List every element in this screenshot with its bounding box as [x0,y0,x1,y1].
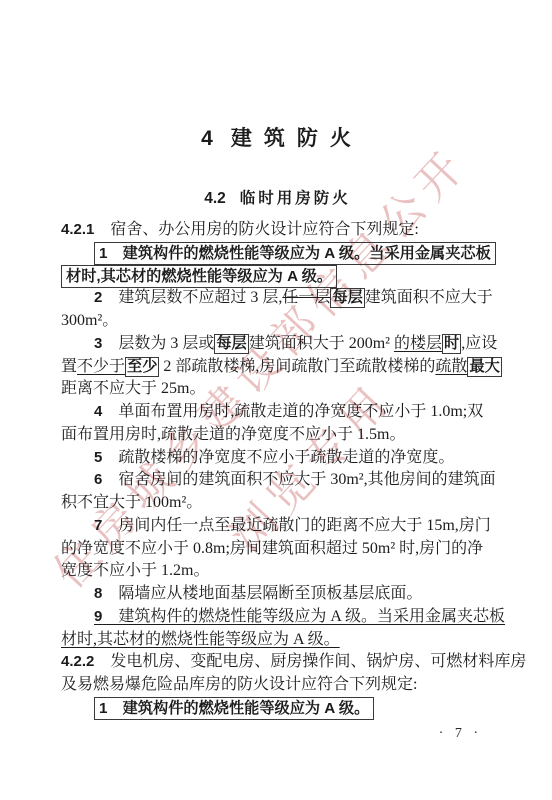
document-page: 住房城乡建设部信息公开 浏览专用 4建筑防火 4.2临时用房防火 4.2.1 宿… [0,0,552,800]
text-line: 面布置用房时,疏散走道的净宽度不应小于 1.5m。 [61,424,495,447]
text-segment: 面布置用房时,疏散走道的净宽度不应小于 1.5m。 [61,426,405,443]
text-segment: 材时,其芯材的燃烧性能等级应为 A 级。 [61,631,340,648]
text-segment: 建筑面积不应大于 [365,289,493,306]
text-segment: 建筑面积大于 200m² [249,335,394,352]
text-segment: 的净宽度不应小于 0.8m;房间建筑面积超过 50m² 时,房门的净 [61,540,483,557]
text-segment: 4.2.2 [61,653,94,670]
text-line: 8 隔墙应从楼地面基层隔断至顶板基层底面。 [61,583,495,606]
text-line: 5 疏散楼梯的净宽度不应小于疏散走道的净宽度。 [61,447,495,470]
text-segment: 宿舍房间的建筑面积不应大于 30m²,其他房间的建筑面 [102,471,495,488]
text-segment: 建筑层数不应超过 3 层, [102,289,282,306]
section-heading: 4.2临时用房防火 [0,186,552,208]
text-segment: 建筑构件的燃烧性能等级应为 A 级。当采用金属夹芯板 [102,608,505,625]
text-segment: 宽度不应小于 1.2m。 [61,562,209,579]
chapter-number: 4 [201,127,213,150]
text-segment: 及易燃易爆危险品库房的防火设计应符合下列规定: [61,676,417,693]
text-line: 置不少于至少 2 部疏散楼梯,房间疏散门至疏散楼梯的疏散最大 [61,356,495,379]
text-segment: 单面布置用房时,疏散走道的净宽度不应小于 1.0m;双 [102,403,483,420]
text-segment: 2 部疏散楼梯,房间疏散门至疏散楼梯的 [159,358,435,375]
inserted-text-box: 1 建筑构件的燃烧性能等级应为 A 级。当采用金属夹芯板 [94,242,496,265]
text-line: 距离不应大于 25m。 [61,378,495,401]
text-segment: 距离不应大于 25m。 [61,380,205,397]
document-body: 4.2.1 宿舍、办公用房的防火设计应符合下列规定:1 建筑构件的燃烧性能等级应… [61,219,495,720]
inserted-text-box: 最大 [467,357,501,377]
text-line: 1 建筑构件的燃烧性能等级应为 A 级。当采用金属夹芯板 [61,242,495,265]
page-number: · 7 · [439,726,482,742]
text-line: 4.2.1 宿舍、办公用房的防火设计应符合下列规定: [61,219,495,242]
text-line: 4.2.2 发电机房、变配电房、厨房操作间、锅炉房、可燃材料库房 [61,651,495,674]
text-segment: 任一层 [282,289,330,306]
inserted-text-box: 至少 [125,357,159,377]
inserted-text-box: 每层 [214,334,248,354]
text-segment: 材时,其芯材的燃烧性能等级应为 A 级。 [66,268,332,285]
text-line: 积不宜大于 100m²。 [61,492,495,515]
section-number: 4.2 [204,190,226,207]
text-segment: ,应设 [461,335,497,352]
text-line: 6 宿舍房间的建筑面积不应大于 30m²,其他房间的建筑面 [61,469,495,492]
section-title: 临时用房防火 [240,190,351,207]
text-segment: 不少于 [77,358,125,375]
chapter-title: 建筑防火 [231,127,363,150]
text-line: 的净宽度不应小于 0.8m;房间建筑面积超过 50m² 时,房门的净 [61,538,495,561]
text-line: 7 房间内任一点至最近疏散门的距离不应大于 15m,房门 [61,515,495,538]
text-segment: 积不宜大于 100m²。 [61,494,202,511]
inserted-text-box: 1 建筑构件的燃烧性能等级应为 A 级。 [94,697,374,720]
text-segment: 的楼层 [394,335,442,352]
text-segment: 1 建筑构件的燃烧性能等级应为 A 级。当采用金属夹芯板 [99,245,491,262]
text-line: 4 单面布置用房时,疏散走道的净宽度不应小于 1.0m;双 [61,401,495,424]
inserted-text-box: 时 [442,334,461,354]
text-segment: 层数为 3 层或 [102,335,214,352]
text-segment: 疏散楼梯的净宽度不应小于疏散走道的净宽度。 [102,449,454,466]
text-segment: 4.2.1 [61,221,94,238]
text-segment: 宿舍、办公用房的防火设计应符合下列规定: [94,221,418,238]
text-segment: 300m²。 [61,312,118,329]
text-segment: 隔墙应从楼地面基层隔断至顶板基层底面。 [102,585,422,602]
text-line: 2 建筑层数不应超过 3 层,任一层每层建筑面积不应大于 [61,287,495,310]
chapter-heading: 4建筑防火 [0,122,552,152]
text-line: 9 建筑构件的燃烧性能等级应为 A 级。当采用金属夹芯板 [61,606,495,629]
text-line: 材时,其芯材的燃烧性能等级应为 A 级。 [61,265,495,288]
text-line: 及易燃易爆危险品库房的防火设计应符合下列规定: [61,674,495,697]
text-segment: 置 [61,358,77,375]
text-line: 300m²。 [61,310,495,333]
text-line: 1 建筑构件的燃烧性能等级应为 A 级。 [61,697,495,720]
inserted-text-box: 每层 [330,288,364,308]
text-segment: 房间内任一点至最近疏散门的距离不应大于 15m,房门 [102,517,490,534]
text-line: 材时,其芯材的燃烧性能等级应为 A 级。 [61,629,495,652]
text-line: 3 层数为 3 层或每层建筑面积大于 200m² 的楼层时,应设 [61,333,495,356]
text-segment: 疏散 [435,358,467,375]
text-segment: 发电机房、变配电房、厨房操作间、锅炉房、可燃材料库房 [94,653,526,670]
text-line: 宽度不应小于 1.2m。 [61,560,495,583]
inserted-text-box: 材时,其芯材的燃烧性能等级应为 A 级。 [61,265,337,288]
text-segment: 1 建筑构件的燃烧性能等级应为 A 级。 [99,700,369,717]
